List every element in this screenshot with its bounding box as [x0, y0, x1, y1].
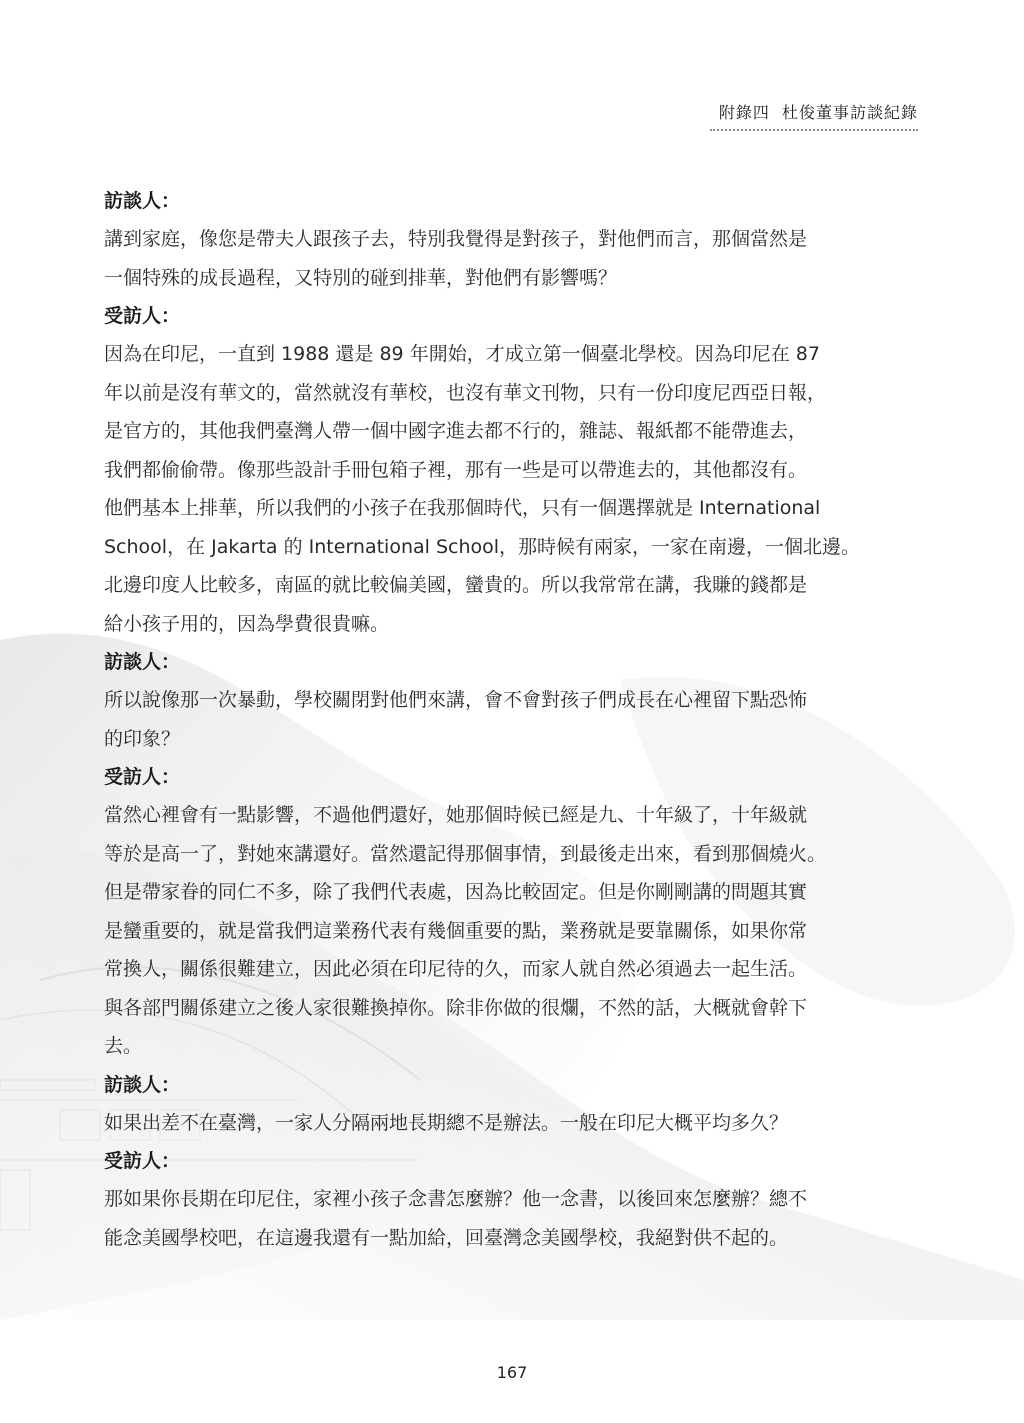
- speech-line: 給小孩子用的，因為學費很貴嘛。: [104, 605, 922, 644]
- speech-text: 如果出差不在臺灣，一家人分隔兩地長期總不是辦法。一般在印尼大概平均多久？: [104, 1104, 922, 1143]
- running-header-title: 附錄四 杜俊董事訪談紀錄: [710, 100, 918, 123]
- speech-line: 但是帶家眷的同仁不多，除了我們代表處，因為比較固定。但是你剛剛講的問題其實: [104, 873, 922, 912]
- page-number: 167: [0, 1363, 1024, 1382]
- running-header-dotted-rule: [710, 129, 918, 131]
- dialogue-turn: 受訪人： 因為在印尼，一直到 1988 還是 89 年開始，才成立第一個臺北學校…: [104, 297, 922, 643]
- speaker-label-interviewee: 受訪人：: [104, 1142, 922, 1180]
- speech-text: 因為在印尼，一直到 1988 還是 89 年開始，才成立第一個臺北學校。因為印尼…: [104, 335, 922, 643]
- speech-text: 所以說像那一次暴動，學校關閉對他們來講，會不會對孩子們成長在心裡留下點恐怖 的印…: [104, 681, 922, 758]
- speech-line: 去。: [104, 1027, 922, 1066]
- speech-line: 我們都偷偷帶。像那些設計手冊包箱子裡，那有一些是可以帶進去的，其他都沒有。: [104, 451, 922, 490]
- dialogue-turn: 受訪人： 當然心裡會有一點影響，不過他們還好，她那個時候已經是九、十年級了，十年…: [104, 758, 922, 1066]
- dialogue-turn: 訪談人： 如果出差不在臺灣，一家人分隔兩地長期總不是辦法。一般在印尼大概平均多久…: [104, 1066, 922, 1143]
- speech-text: 當然心裡會有一點影響，不過他們還好，她那個時候已經是九、十年級了，十年級就 等於…: [104, 796, 922, 1066]
- speech-line: 講到家庭，像您是帶夫人跟孩子去，特別我覺得是對孩子，對他們而言，那個當然是: [104, 220, 922, 259]
- speech-line: 是官方的，其他我們臺灣人帶一個中國字進去都不行的，雜誌、報紙都不能帶進去，: [104, 412, 922, 451]
- speaker-label-interviewee: 受訪人：: [104, 758, 922, 796]
- speech-line: 等於是高一了，對她來講還好。當然還記得那個事情，到最後走出來，看到那個燒火。: [104, 835, 922, 874]
- speech-line: 一個特殊的成長過程，又特別的碰到排華，對他們有影響嗎？: [104, 259, 922, 298]
- speech-line: 的印象？: [104, 720, 922, 759]
- speech-line: 年以前是沒有華文的，當然就沒有華校，也沒有華文刊物，只有一份印度尼西亞日報，: [104, 374, 922, 413]
- speech-line: 他們基本上排華，所以我們的小孩子在我那個時代，只有一個選擇就是 Internat…: [104, 489, 922, 528]
- speech-line: 北邊印度人比較多，南區的就比較偏美國，蠻貴的。所以我常常在講，我賺的錢都是: [104, 566, 922, 605]
- running-header: 附錄四 杜俊董事訪談紀錄: [710, 100, 918, 131]
- speaker-label-interviewer: 訪談人：: [104, 182, 922, 220]
- speech-text: 那如果你長期在印尼住，家裡小孩子念書怎麼辦？他一念書，以後回來怎麼辦？總不 能念…: [104, 1180, 922, 1257]
- speech-line: 與各部門關係建立之後人家很難換掉你。除非你做的很爛，不然的話，大概就會幹下: [104, 989, 922, 1028]
- interview-transcript: 訪談人： 講到家庭，像您是帶夫人跟孩子去，特別我覺得是對孩子，對他們而言，那個當…: [104, 182, 922, 1257]
- speech-line: 能念美國學校吧，在這邊我還有一點加給，回臺灣念美國學校，我絕對供不起的。: [104, 1219, 922, 1258]
- dialogue-turn: 訪談人： 講到家庭，像您是帶夫人跟孩子去，特別我覺得是對孩子，對他們而言，那個當…: [104, 182, 922, 297]
- speaker-label-interviewee: 受訪人：: [104, 297, 922, 335]
- dialogue-turn: 受訪人： 那如果你長期在印尼住，家裡小孩子念書怎麼辦？他一念書，以後回來怎麼辦？…: [104, 1142, 922, 1257]
- speaker-label-interviewer: 訪談人：: [104, 1066, 922, 1104]
- speaker-label-interviewer: 訪談人：: [104, 643, 922, 681]
- speech-line: 如果出差不在臺灣，一家人分隔兩地長期總不是辦法。一般在印尼大概平均多久？: [104, 1104, 922, 1143]
- speech-line: School，在 Jakarta 的 International School，…: [104, 528, 922, 567]
- speech-text: 講到家庭，像您是帶夫人跟孩子去，特別我覺得是對孩子，對他們而言，那個當然是 一個…: [104, 220, 922, 297]
- speech-line: 因為在印尼，一直到 1988 還是 89 年開始，才成立第一個臺北學校。因為印尼…: [104, 335, 922, 374]
- dialogue-turn: 訪談人： 所以說像那一次暴動，學校關閉對他們來講，會不會對孩子們成長在心裡留下點…: [104, 643, 922, 758]
- speech-line: 那如果你長期在印尼住，家裡小孩子念書怎麼辦？他一念書，以後回來怎麼辦？總不: [104, 1180, 922, 1219]
- speech-line: 所以說像那一次暴動，學校關閉對他們來講，會不會對孩子們成長在心裡留下點恐怖: [104, 681, 922, 720]
- speech-line: 當然心裡會有一點影響，不過他們還好，她那個時候已經是九、十年級了，十年級就: [104, 796, 922, 835]
- speech-line: 常換人，關係很難建立，因此必須在印尼待的久，而家人就自然必須過去一起生活。: [104, 950, 922, 989]
- speech-line: 是蠻重要的，就是當我們這業務代表有幾個重要的點，業務就是要靠關係，如果你常: [104, 912, 922, 951]
